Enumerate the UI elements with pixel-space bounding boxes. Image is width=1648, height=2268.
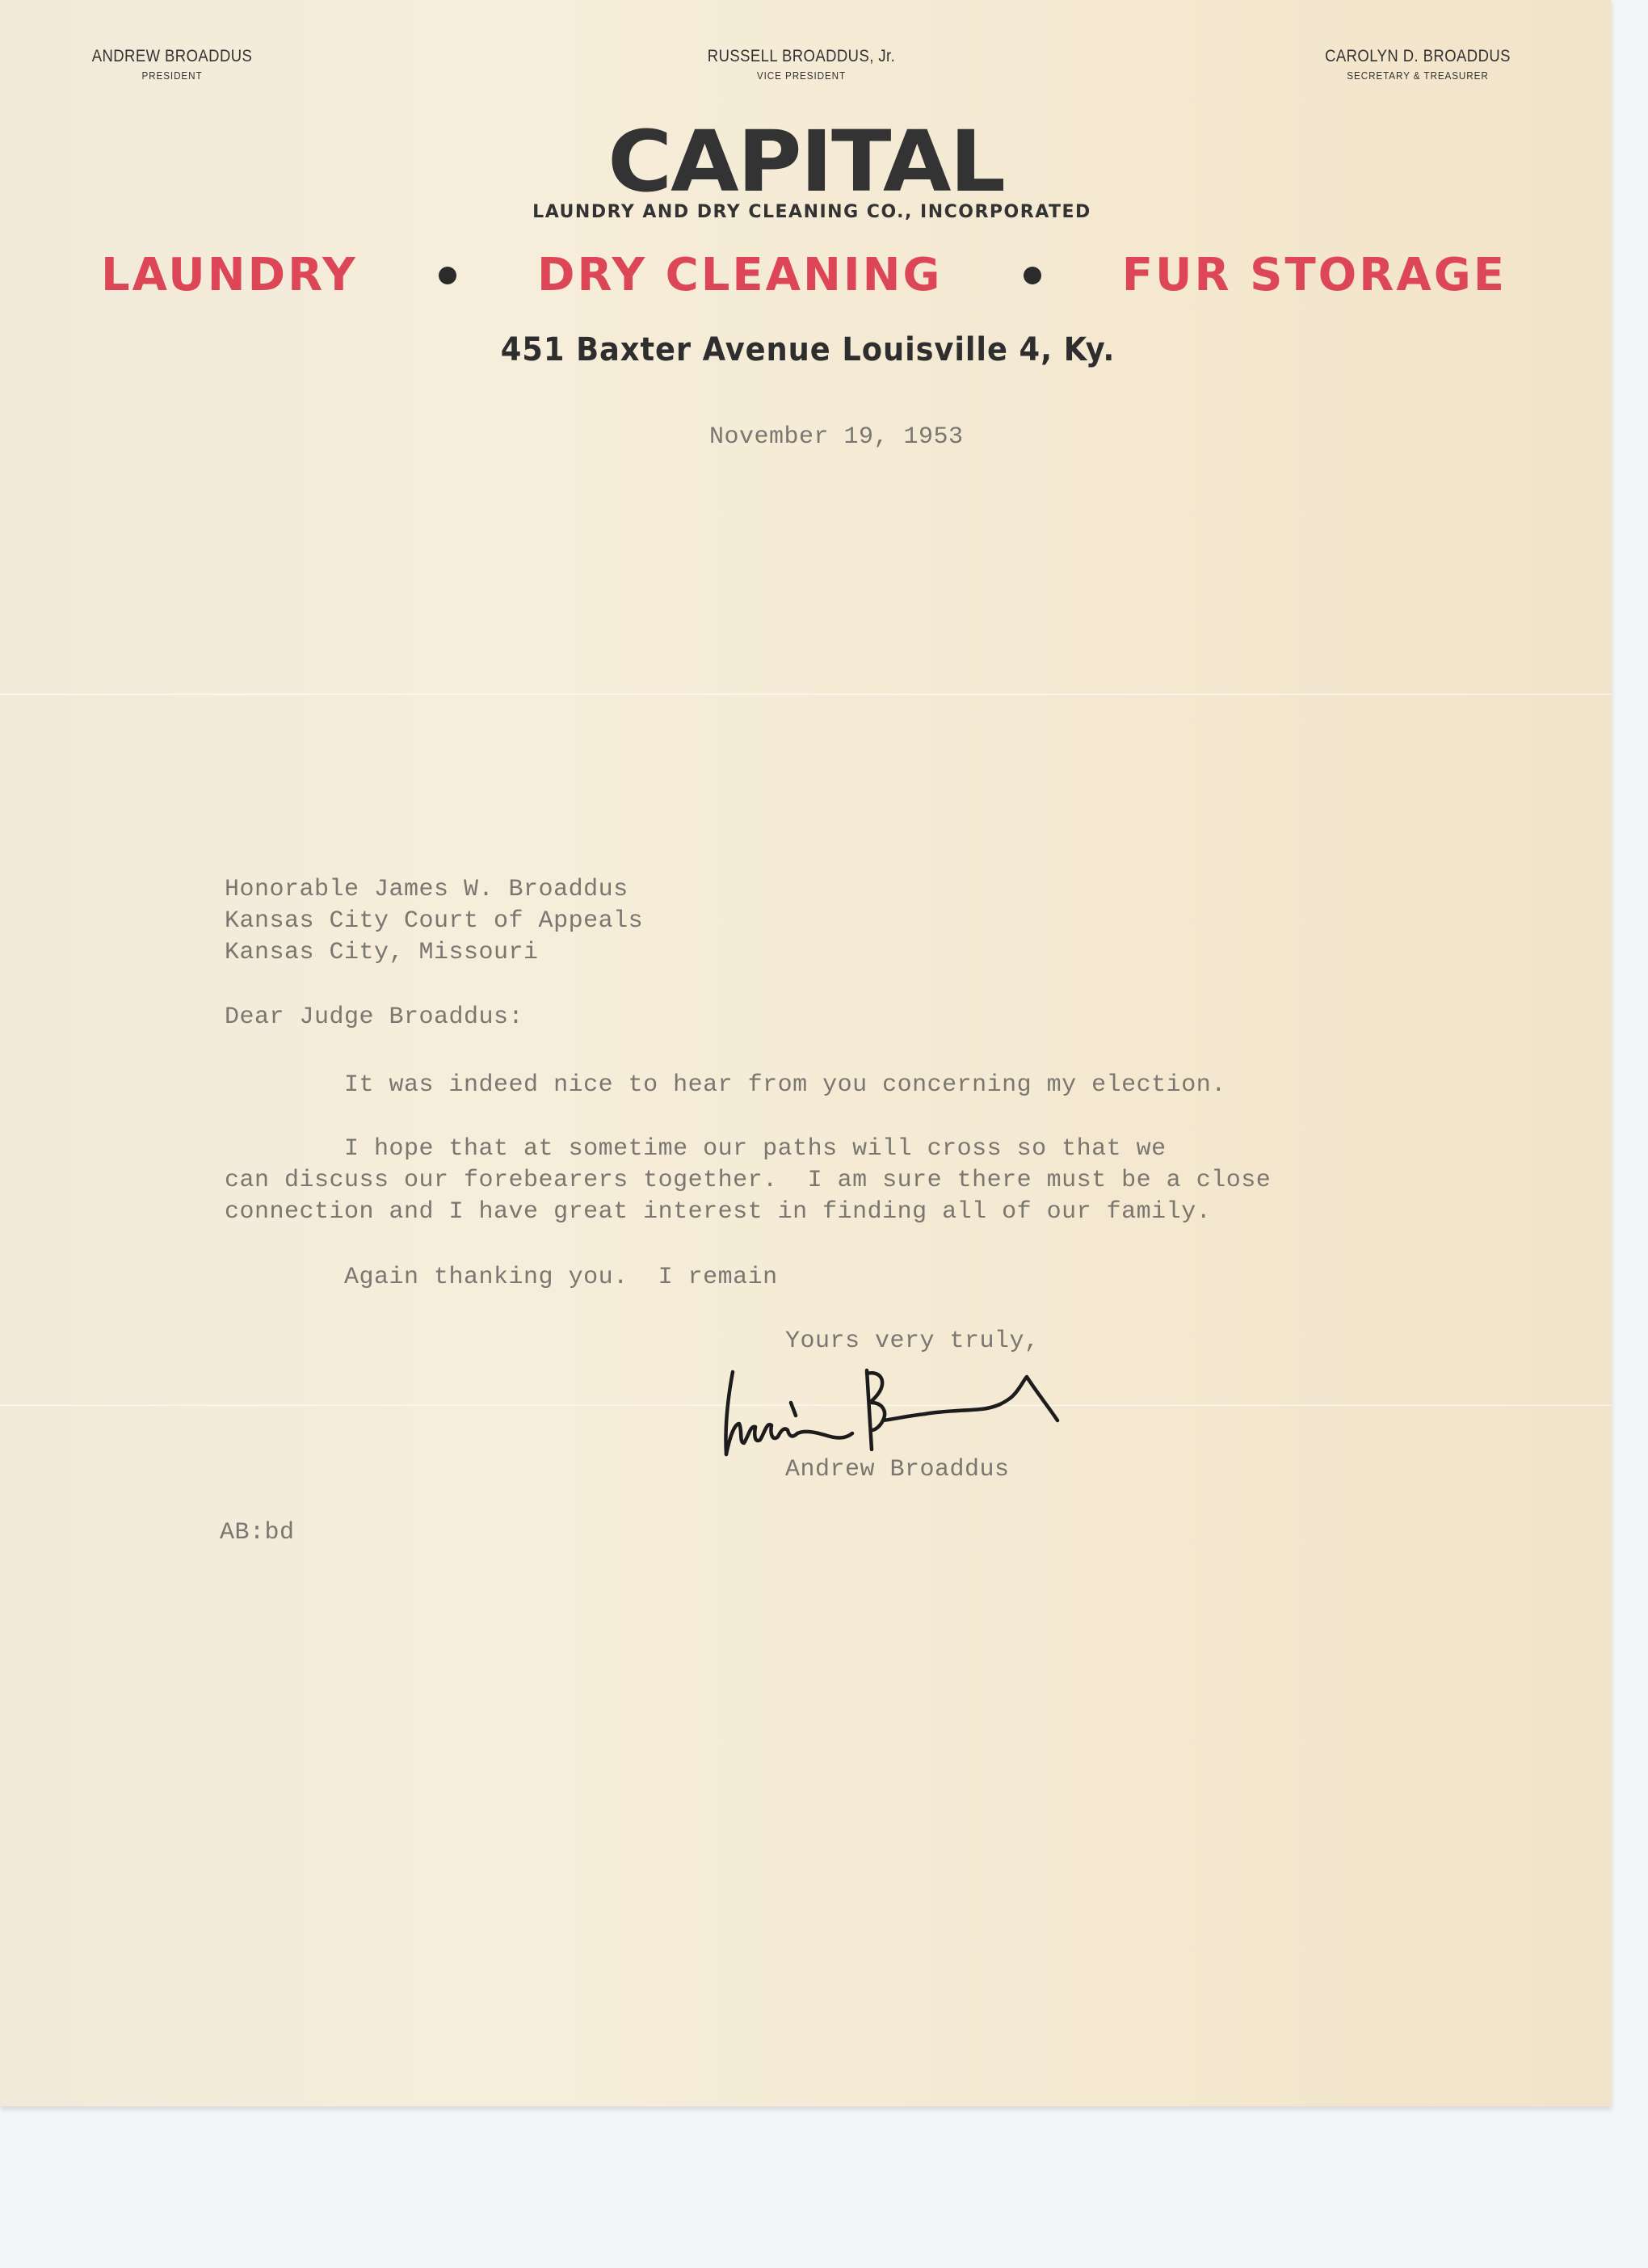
company-address: 451 Baxter Avenue Louisville 4, Ky. bbox=[65, 331, 1551, 368]
bullet-dot-icon bbox=[439, 267, 456, 284]
service-fur-storage: FUR STORAGE bbox=[1122, 249, 1507, 301]
service-laundry: LAUNDRY bbox=[101, 249, 358, 301]
recipient-line: Honorable James W. Broaddus bbox=[225, 876, 629, 903]
officer-title: PRESIDENT bbox=[63, 69, 281, 82]
bullet-dot-icon bbox=[1024, 267, 1041, 284]
officer-title: VICE PRESIDENT bbox=[685, 69, 918, 82]
recipient-line: Kansas City, Missouri bbox=[225, 939, 539, 966]
officer-title: SECRETARY & TREASURER bbox=[1298, 69, 1538, 82]
company-logo-text: CAPITAL bbox=[0, 120, 1648, 204]
officer-vice-president: RUSSELL BROADDUS, Jr. VICE PRESIDENT bbox=[672, 47, 931, 82]
officer-name: ANDREW BROADDUS bbox=[65, 47, 279, 66]
services-banner: LAUNDRY DRY CLEANING FUR STORAGE bbox=[101, 249, 1507, 301]
officer-secretary-treasurer: CAROLYN D. BROADDUS SECRETARY & TREASURE… bbox=[1284, 47, 1551, 82]
body-paragraph: Again thanking you. I remain bbox=[225, 1262, 778, 1294]
body-paragraph: It was indeed nice to hear from you conc… bbox=[225, 1070, 1226, 1101]
recipient-line: Kansas City Court of Appeals bbox=[225, 907, 643, 935]
handwritten-signature bbox=[723, 1365, 1240, 1458]
recipient-block: Honorable James W. Broaddus Kansas City … bbox=[225, 874, 643, 969]
officer-name: RUSSELL BROADDUS, Jr. bbox=[687, 47, 915, 66]
officer-president: ANDREW BROADDUS PRESIDENT bbox=[51, 47, 293, 82]
salutation: Dear Judge Broaddus: bbox=[225, 1002, 523, 1033]
body-paragraph: I hope that at sometime our paths will c… bbox=[225, 1134, 1271, 1228]
company-subtitle: LAUNDRY AND DRY CLEANING CO., INCORPORAT… bbox=[0, 202, 1624, 222]
fold-line bbox=[0, 693, 1612, 696]
service-dry-cleaning: DRY CLEANING bbox=[537, 249, 943, 301]
letter-date: November 19, 1953 bbox=[709, 422, 964, 453]
reference-initials: AB:bd bbox=[220, 1517, 295, 1549]
typed-signer-name: Andrew Broaddus bbox=[785, 1454, 1010, 1486]
closing: Yours very truly, bbox=[785, 1326, 1040, 1357]
officer-name: CAROLYN D. BROADDUS bbox=[1301, 47, 1535, 66]
letter-page: ANDREW BROADDUS PRESIDENT RUSSELL BROADD… bbox=[0, 0, 1612, 2106]
